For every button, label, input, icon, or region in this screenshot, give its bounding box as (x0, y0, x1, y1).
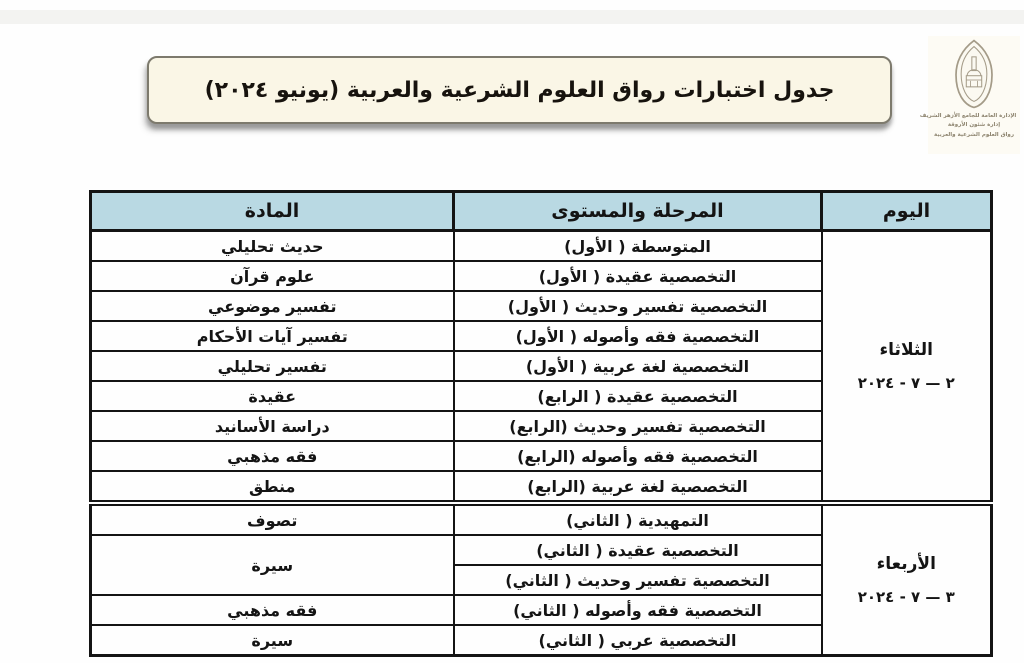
logo-text-line: إدارة شئون الأروقة (932, 121, 1017, 130)
stage-cell: التخصصية تفسير وحديث (الرابع) (454, 411, 822, 441)
col-header-stage: المرحلة والمستوى (454, 192, 822, 231)
schedule-table: اليوم المرحلة والمستوى المادة الثلاثاء٢ … (89, 190, 993, 657)
azhar-emblem-icon (946, 38, 1002, 110)
table-row: الأربعاء٣ — ٧ - ٢٠٢٤التمهيدية ( الثاني)ت… (91, 503, 992, 535)
scan-artifact-band (0, 10, 1024, 24)
subject-cell: عقيدة (91, 381, 454, 411)
stage-cell: التمهيدية ( الثاني) (454, 503, 822, 535)
subject-cell: حديث تحليلي (91, 231, 454, 262)
stage-cell: المتوسطة ( الأول) (454, 231, 822, 262)
day-date: ٣ — ٧ - ٢٠٢٤ (827, 588, 987, 606)
subject-cell: فقه مذهبي (91, 595, 454, 625)
subject-cell: علوم قرآن (91, 261, 454, 291)
logo-text-line: رواق العلوم الشرعية والعربية (932, 130, 1017, 139)
stage-cell: التخصصية عربي ( الثاني) (454, 625, 822, 656)
stage-cell: التخصصية تفسير وحديث ( الأول) (454, 291, 822, 321)
col-header-day: اليوم (822, 192, 992, 231)
subject-cell: تفسير موضوعي (91, 291, 454, 321)
title-banner: جدول اختبارات رواق العلوم الشرعية والعرب… (147, 56, 892, 124)
stage-cell: التخصصية لغة عربية (الرابع) (454, 471, 822, 503)
logo-text: الإدارة العامة للجامع الأزهر الشريف إدار… (928, 111, 1020, 139)
schedule-table-body: الثلاثاء٢ — ٧ - ٢٠٢٤المتوسطة ( الأول)حدي… (91, 231, 992, 656)
subject-cell: منطق (91, 471, 454, 503)
col-header-subject: المادة (91, 192, 454, 231)
subject-cell: تفسير آيات الأحكام (91, 321, 454, 351)
day-cell: الأربعاء٣ — ٧ - ٢٠٢٤ (822, 503, 992, 656)
day-name: الثلاثاء (827, 340, 987, 360)
stage-cell: التخصصية عقيدة ( الرابع) (454, 381, 822, 411)
stage-cell: التخصصية عقيدة ( الثاني) (454, 535, 822, 565)
stage-cell: التخصصية فقه وأصوله ( الأول) (454, 321, 822, 351)
stage-cell: التخصصية تفسير وحديث ( الثاني) (454, 565, 822, 595)
stage-cell: التخصصية عقيدة ( الأول) (454, 261, 822, 291)
subject-cell: سيرة (91, 535, 454, 595)
subject-cell: سيرة (91, 625, 454, 656)
subject-cell: دراسة الأسانيد (91, 411, 454, 441)
stage-cell: التخصصية فقه وأصوله ( الثاني) (454, 595, 822, 625)
subject-cell: فقه مذهبي (91, 441, 454, 471)
azhar-logo: الإدارة العامة للجامع الأزهر الشريف إدار… (928, 36, 1020, 154)
document-page: جدول اختبارات رواق العلوم الشرعية والعرب… (0, 0, 1024, 663)
subject-cell: تفسير تحليلي (91, 351, 454, 381)
day-cell: الثلاثاء٢ — ٧ - ٢٠٢٤ (822, 231, 992, 504)
stage-cell: التخصصية لغة عربية ( الأول) (454, 351, 822, 381)
schedule-table-container: اليوم المرحلة والمستوى المادة الثلاثاء٢ … (92, 190, 993, 657)
logo-text-line: الإدارة العامة للجامع الأزهر الشريف (932, 111, 1017, 120)
day-name: الأربعاء (827, 554, 987, 574)
page-title: جدول اختبارات رواق العلوم الشرعية والعرب… (205, 78, 835, 103)
table-row: الثلاثاء٢ — ٧ - ٢٠٢٤المتوسطة ( الأول)حدي… (91, 231, 992, 262)
day-date: ٢ — ٧ - ٢٠٢٤ (827, 374, 987, 392)
stage-cell: التخصصية فقه وأصوله (الرابع) (454, 441, 822, 471)
subject-cell: تصوف (91, 503, 454, 535)
header-row: اليوم المرحلة والمستوى المادة (91, 192, 992, 231)
